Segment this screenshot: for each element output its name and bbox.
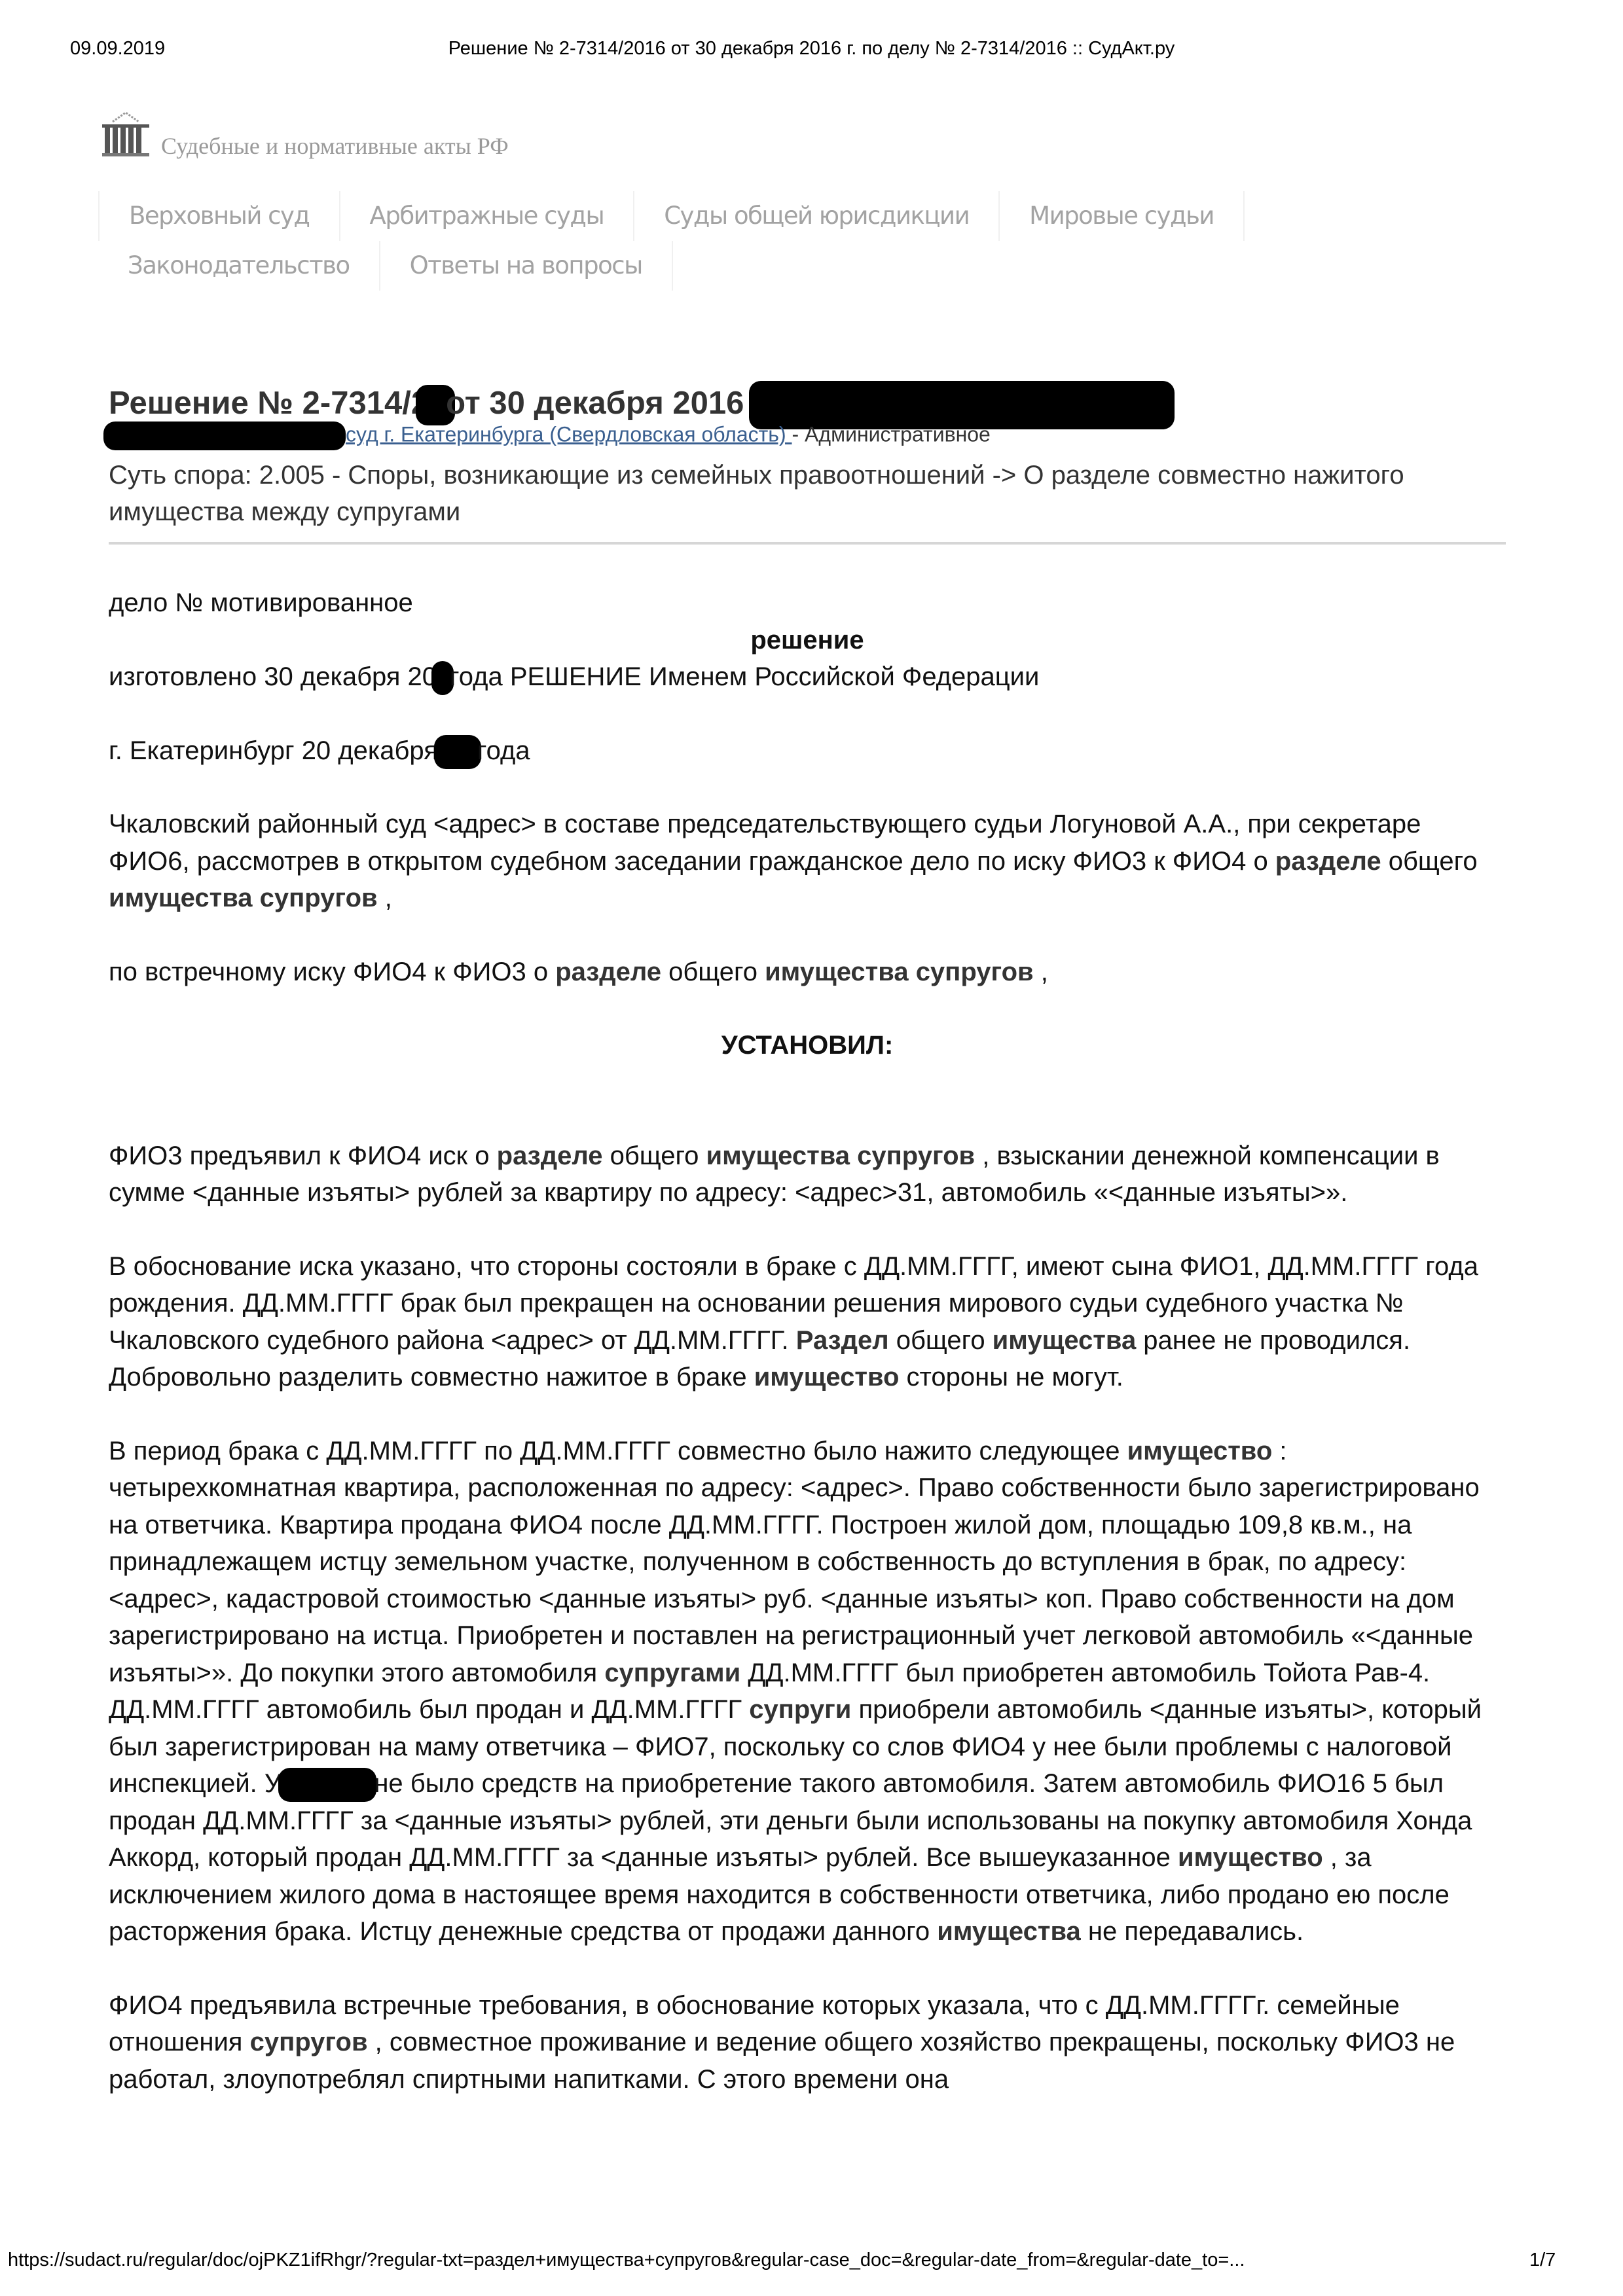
paragraph-property: В период брака с ДД.ММ.ГГГГ по ДД.ММ.ГГГ… bbox=[109, 1433, 1506, 1950]
keyword-highlight: имущества bbox=[993, 1326, 1137, 1355]
case-no: дело № мотивированное bbox=[109, 584, 1506, 622]
nav-arbitration-courts[interactable]: Арбитражные суды bbox=[339, 191, 634, 241]
keyword-highlight: имущества bbox=[937, 1917, 1081, 1946]
case-category: - Административное bbox=[792, 422, 991, 446]
court-link[interactable]: суд г. Екатеринбурга (Свердловская облас… bbox=[346, 422, 792, 446]
nav-legislation[interactable]: Законодательство bbox=[98, 241, 379, 291]
decision-body: дело № мотивированное решение изготовлен… bbox=[109, 584, 1506, 2098]
keyword-highlight: имущества супругов bbox=[109, 884, 378, 912]
nav-row-2: Законодательство Ответы на вопросы bbox=[98, 241, 1264, 291]
nav-row-1: Верховный суд Арбитражные суды Суды обще… bbox=[98, 191, 1264, 241]
courthouse-icon bbox=[101, 110, 151, 157]
paragraph-claim: ФИО3 предъявил к ФИО4 иск о разделе обще… bbox=[109, 1138, 1506, 1211]
case-title-number: Решение № 2-7314/2 bbox=[109, 386, 429, 421]
redaction bbox=[278, 1768, 376, 1802]
nav-general-courts[interactable]: Суды общей юрисдикции bbox=[633, 191, 998, 241]
court-line: суд г. Екатеринбурга (Свердловская облас… bbox=[109, 422, 991, 450]
nav-supreme-court[interactable]: Верховный суд bbox=[98, 191, 339, 241]
keyword-highlight: разделе bbox=[555, 958, 661, 986]
site-name: Судебные и нормативные акты РФ bbox=[161, 132, 509, 160]
page-number: 1/7 bbox=[1529, 2250, 1556, 2271]
prepared-line: изготовлено 30 декабря 20года РЕШЕНИЕ Им… bbox=[109, 658, 1506, 696]
nav-qa[interactable]: Ответы на вопросы bbox=[379, 241, 673, 291]
print-page-title: Решение № 2-7314/2016 от 30 декабря 2016… bbox=[0, 38, 1623, 60]
print-header: 09.09.2019 Решение № 2-7314/2016 от 30 д… bbox=[0, 38, 1623, 64]
keyword-highlight: имущества супругов bbox=[765, 958, 1034, 986]
paragraph-counter-grounds: ФИО4 предъявила встречные требования, в … bbox=[109, 1987, 1506, 2098]
established-heading: УСТАНОВИЛ: bbox=[109, 1027, 1506, 1064]
keyword-highlight: разделе bbox=[497, 1141, 603, 1170]
paragraph-counterclaim: по встречному иску ФИО4 к ФИО3 о разделе… bbox=[109, 954, 1506, 991]
case-title-date: от 30 декабря 2016 bbox=[446, 386, 744, 421]
page-url: https://sudact.ru/regular/doc/ojPKZ1ifRh… bbox=[8, 2250, 1245, 2271]
keyword-highlight: Раздел bbox=[796, 1326, 889, 1355]
keyword-highlight: имущество bbox=[1127, 1437, 1273, 1465]
text: года bbox=[477, 736, 530, 765]
main-nav: Верховный суд Арбитражные суды Суды обще… bbox=[98, 191, 1264, 291]
text: г. Екатеринбург 20 декабря bbox=[109, 736, 438, 765]
text: изготовлено 30 декабря 20 bbox=[109, 662, 437, 691]
redaction bbox=[103, 422, 346, 450]
keyword-highlight: разделе bbox=[1275, 847, 1381, 876]
paragraph-grounds: В обоснование иска указано, что стороны … bbox=[109, 1248, 1506, 1396]
keyword-highlight: имущество bbox=[1178, 1843, 1323, 1872]
paragraph-court: Чкаловский районный суд <адрес> в состав… bbox=[109, 806, 1506, 917]
keyword-highlight: имущества супругов bbox=[706, 1141, 976, 1170]
keyword-highlight: имущество bbox=[754, 1363, 900, 1391]
keyword-highlight: супругов bbox=[250, 2028, 368, 2056]
text: В период брака с ДД.ММ.ГГГГ по ДД.ММ.ГГГ… bbox=[109, 1437, 1482, 1799]
place-line: г. Екатеринбург 20 декабрягода bbox=[109, 732, 1506, 770]
divider bbox=[109, 542, 1506, 545]
keyword-highlight: супругами bbox=[604, 1659, 740, 1687]
text: года РЕШЕНИЕ Именем Российской Федерации bbox=[450, 662, 1039, 691]
dispute-essence: Суть спора: 2.005 - Споры, возникающие и… bbox=[109, 457, 1506, 530]
keyword-highlight: супруги bbox=[749, 1695, 851, 1724]
redaction bbox=[434, 735, 481, 769]
decision-heading: решение bbox=[109, 622, 1506, 659]
nav-magistrates[interactable]: Мировые судьи bbox=[998, 191, 1245, 241]
